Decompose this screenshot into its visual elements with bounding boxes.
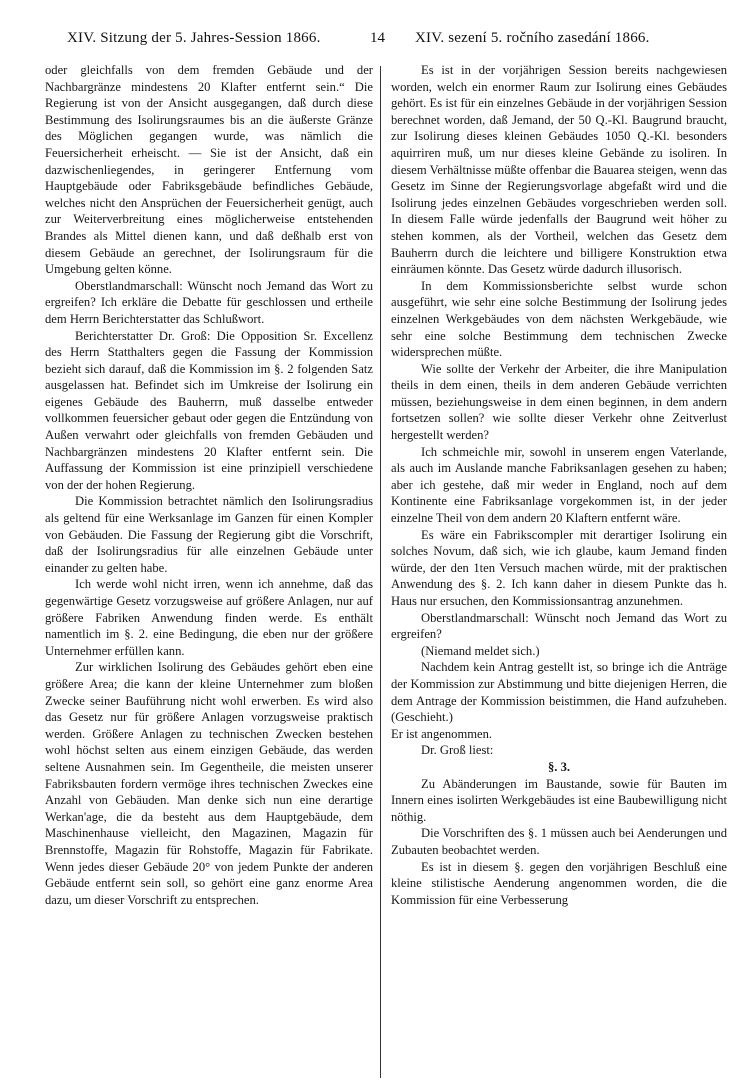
paragraph: oder gleichfalls von dem fremden Gebäude…: [45, 62, 373, 278]
paragraph: Ich werde wohl nicht irren, wenn ich ann…: [45, 576, 373, 659]
header-german-title: XIV. Sitzung der 5. Jahres-Session 1866.: [67, 30, 321, 47]
paragraph: Berichterstatter Dr. Groß: Die Oppositio…: [45, 328, 373, 494]
paragraph: Die Vorschriften des §. 1 müssen auch be…: [391, 825, 727, 858]
paragraph: Wie sollte der Verkehr der Arbeiter, die…: [391, 361, 727, 444]
paragraph: Ich schmeichle mir, sowohl in unserem en…: [391, 444, 727, 527]
paragraph: Oberstlandmarschall: Wünscht noch Jemand…: [45, 278, 373, 328]
running-header: XIV. Sitzung der 5. Jahres-Session 1866.…: [0, 30, 750, 50]
paragraph: Es wäre ein Fabrikscompler mit derartige…: [391, 527, 727, 610]
column-divider: [380, 66, 381, 1078]
paragraph: Es ist in diesem §. gegen den vorjährige…: [391, 859, 727, 909]
paragraph: (Niemand meldet sich.): [391, 643, 727, 660]
paragraph: Es ist in der vorjährigen Session bereit…: [391, 62, 727, 278]
paragraph: Oberstlandmarschall: Wünscht noch Jemand…: [391, 610, 727, 643]
paragraph: In dem Kommissionsberichte selbst wurde …: [391, 278, 727, 361]
speaker-line: Dr. Groß liest:: [391, 742, 727, 759]
paragraph: Nachdem kein Antrag gestellt ist, so bri…: [391, 659, 727, 725]
paragraph: Die Kommission betrachtet nämlich den Is…: [45, 493, 373, 576]
paragraph: Zu Abänderungen im Baustande, sowie für …: [391, 776, 727, 826]
left-column: oder gleichfalls von dem fremden Gebäude…: [45, 62, 373, 908]
section-heading: §. 3.: [391, 759, 727, 776]
right-column: Es ist in der vorjährigen Session bereit…: [391, 62, 727, 908]
page-number: 14: [370, 30, 385, 47]
paragraph: Er ist angenommen.: [391, 726, 727, 743]
paragraph: Zur wirklichen Isolirung des Gebäudes ge…: [45, 659, 373, 908]
header-czech-title: XIV. sezení 5. ročního zasedání 1866.: [415, 30, 650, 47]
